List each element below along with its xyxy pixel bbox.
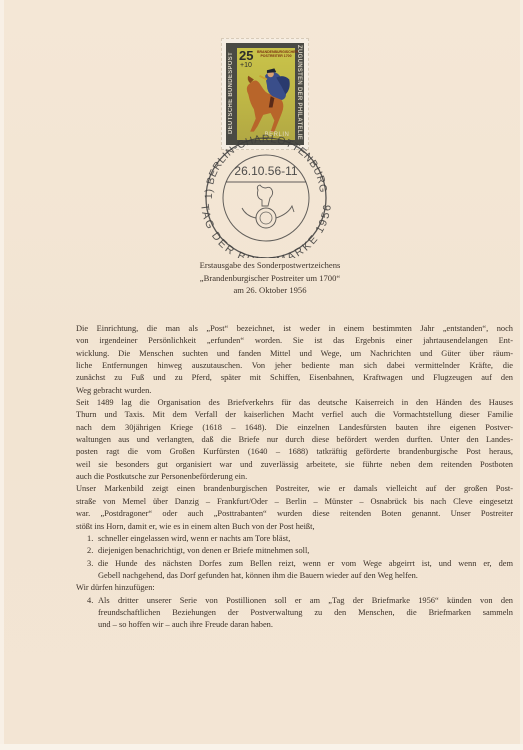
text-line: posten ragt die vom Großen Kurfürsten (1… <box>76 446 513 458</box>
paragraph-thurn-taxis: Seit 1489 lag die Organisation des Brief… <box>76 397 513 483</box>
stamp-side-text-left: DEUTSCHE BUNDESPOST <box>226 45 236 141</box>
text-line: weil sie besonders gut organisiert war u… <box>76 459 513 471</box>
text-line: straße von Memel über Danzig – Frankfurt… <box>76 496 513 508</box>
stamp-value: 25 <box>239 49 253 62</box>
list-item: 3. die Hunde des nächsten Dorfes zum Bel… <box>87 558 513 583</box>
text-line: diejenigen benachrichtigt, von denen er … <box>98 545 513 557</box>
text-line: Seit 1489 lag die Organisation des Brief… <box>76 397 513 409</box>
list-number: 2. <box>87 545 98 557</box>
post-horn-icon <box>256 208 276 228</box>
text-line: Weg gebracht wurden. <box>76 385 513 397</box>
list-number: 4. <box>87 595 98 632</box>
postmark-cancellation: (1) BERLIN-CHARLOTTENBURG 5 TAG DER BRIE… <box>196 128 336 258</box>
stamp-title: BRANDENBURGISCHER POSTREITER 1700 <box>257 50 295 58</box>
paragraph-stamp-image: Unser Markenbild zeigt einen brandenburg… <box>76 483 513 532</box>
paper-edge-left <box>0 0 4 750</box>
caption-line-2: „Brandenburgischer Postreiter um 1700“ <box>150 272 390 285</box>
list-item: 1. schneller eingelassen wird, wenn er n… <box>87 533 513 545</box>
addendum-intro: Wir dürfen hinzufügen: <box>76 582 513 594</box>
text-line: schneller eingelassen wird, wenn er nach… <box>98 533 513 545</box>
horse-rider-icon <box>239 66 293 134</box>
text-line: wicklung. Die Menschen suchten und fande… <box>76 348 513 360</box>
text-line: die Hunde des nächsten Dorfes zum Bellen… <box>98 558 513 570</box>
issue-caption: Erstausgabe des Sonderpostwertzeichens „… <box>150 259 390 297</box>
text-line: auch die Postkutsche zur Personenbeförde… <box>76 471 513 483</box>
stamp-picture: 25 +10 BRANDENBURGISCHER POSTREITER 1700… <box>237 48 295 140</box>
text-line: nach dem 30jährigen Kriege (1618 – 1648)… <box>76 422 513 434</box>
stamp-side-text-right: ZUGUNSTEN DER PHILATELIE <box>294 45 304 141</box>
text-line: waltungen aus und verlangten, daß die Br… <box>76 434 513 446</box>
postmark-date: 26.10.56-11 <box>234 164 297 178</box>
text-line: Unser Markenbild zeigt einen brandenburg… <box>76 483 513 495</box>
document-page: DEUTSCHE BUNDESPOST 25 +10 BRANDENBURGIS… <box>0 0 523 750</box>
text-line: Thurn und Taxis. Mit dem Verfall der kai… <box>76 409 513 421</box>
paragraph-post-history: Die Einrichtung, die man als „Post“ beze… <box>76 323 513 397</box>
text-line: von irgendeiner Persönlichkeit „erfunden… <box>76 335 513 347</box>
list-item: 2. diejenigen benachrichtigt, von denen … <box>87 545 513 557</box>
text-line: Als dritter unserer Serie von Postillion… <box>98 595 513 607</box>
text-line: Gebell nachgehend, das Dorf gefunden hat… <box>98 570 513 582</box>
list-number: 1. <box>87 533 98 545</box>
berlin-bear-icon <box>257 185 272 206</box>
text-line: Wir dürfen hinzufügen: <box>76 582 513 594</box>
paper-edge-bottom <box>0 744 523 750</box>
text-line: zunächst zu Fuß und zu Pferd, später mit… <box>76 372 513 384</box>
text-line: freundschaftlichen Beziehungen der Postv… <box>98 607 513 619</box>
text-line: liche Entfernungen hinweg auszutauschen.… <box>76 360 513 372</box>
list-number: 3. <box>87 558 98 583</box>
caption-line-1: Erstausgabe des Sonderpostwertzeichens <box>150 259 390 272</box>
caption-line-3: am 26. Oktober 1956 <box>150 284 390 297</box>
text-line: Die Einrichtung, die man als „Post“ beze… <box>76 323 513 335</box>
body-text: Die Einrichtung, die man als „Post“ beze… <box>76 323 513 632</box>
list-item: 4. Als dritter unserer Serie von Postill… <box>87 595 513 632</box>
text-line: und – so hoffen wir – auch ihre Freude d… <box>98 619 513 631</box>
text-line: stößt ins Horn, damit er, wie es in eine… <box>76 521 513 533</box>
text-line: war. „Postdragoner“ oder auch „Posttraba… <box>76 508 513 520</box>
